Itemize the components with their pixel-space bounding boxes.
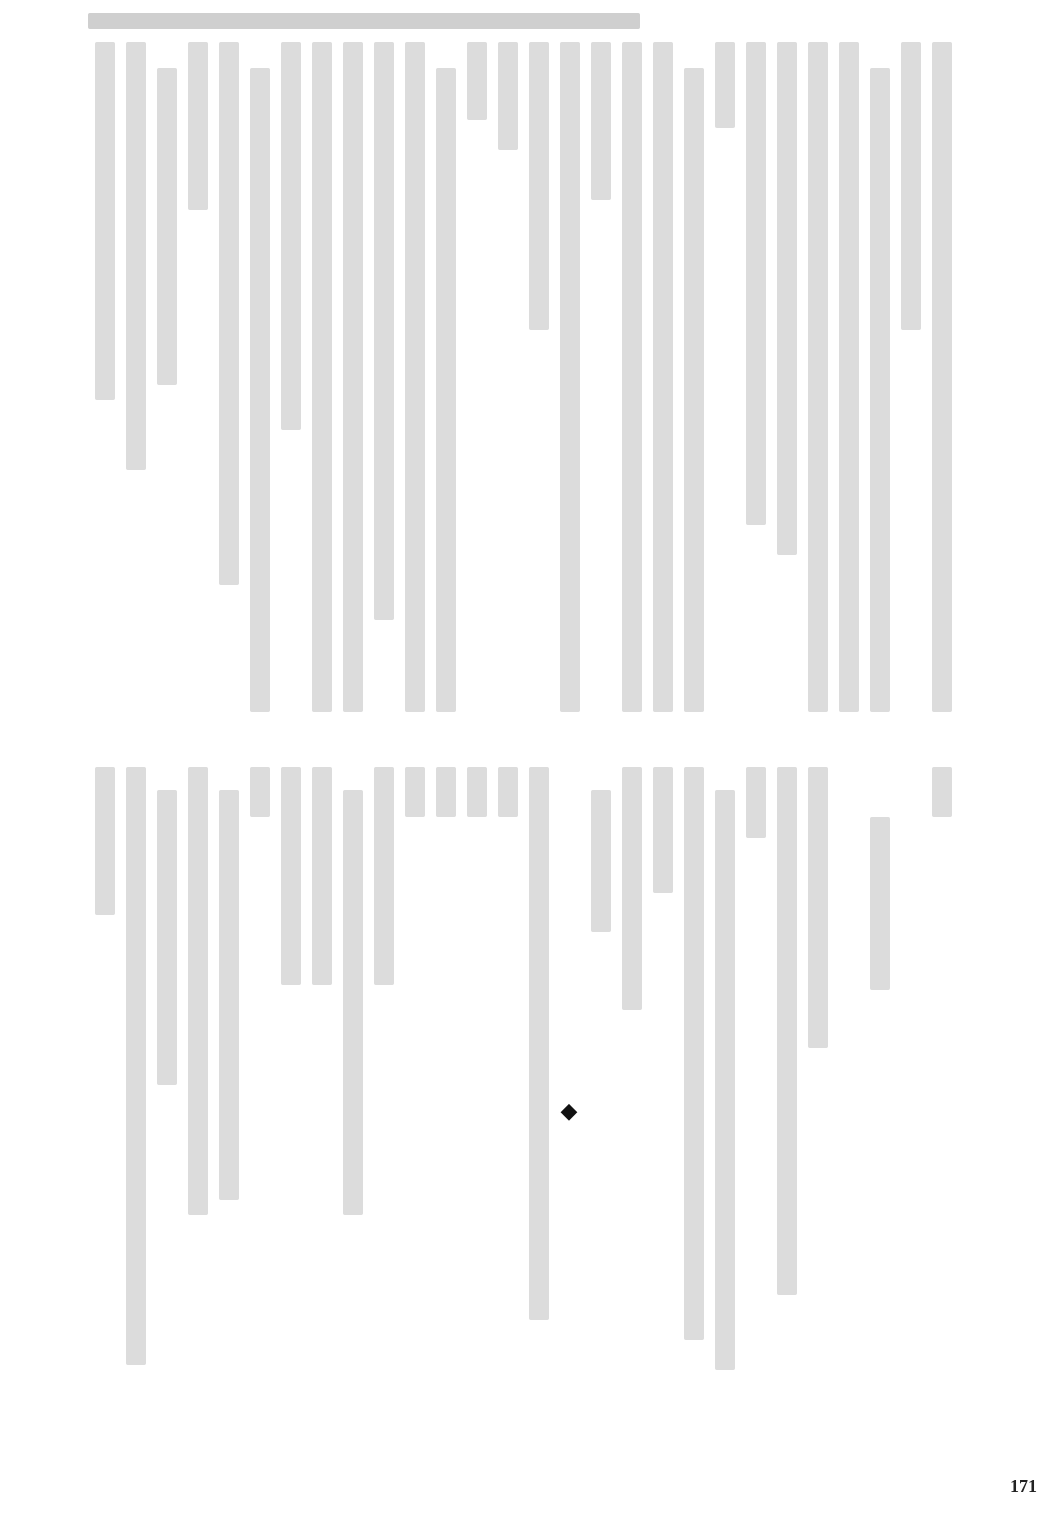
text-line — [746, 42, 766, 525]
text-line — [684, 767, 704, 1340]
text-line — [653, 767, 673, 893]
text-line — [343, 790, 363, 1215]
text-line — [436, 767, 456, 817]
text-line — [808, 42, 828, 712]
text-line — [901, 42, 921, 330]
text-line — [932, 767, 952, 817]
text-line — [870, 68, 890, 712]
text-line — [498, 767, 518, 817]
text-line — [529, 42, 549, 330]
text-line — [467, 42, 487, 120]
text-line — [250, 68, 270, 712]
text-line — [715, 790, 735, 1370]
text-line — [95, 767, 115, 915]
text-line — [808, 767, 828, 1048]
running-header — [88, 13, 640, 29]
text-line — [498, 42, 518, 150]
text-line — [777, 767, 797, 1295]
text-line — [188, 42, 208, 210]
text-line — [591, 42, 611, 200]
text-line — [250, 767, 270, 817]
text-line — [560, 42, 580, 712]
text-line — [715, 42, 735, 128]
text-line — [653, 42, 673, 712]
text-line — [405, 767, 425, 817]
text-line — [839, 42, 859, 712]
text-line — [157, 68, 177, 385]
text-line — [436, 68, 456, 712]
text-line — [95, 42, 115, 400]
text-line — [932, 42, 952, 712]
text-line — [529, 767, 549, 1320]
text-line — [188, 767, 208, 1215]
text-line — [281, 42, 301, 430]
text-line — [746, 767, 766, 838]
text-line — [684, 68, 704, 712]
text-line — [157, 790, 177, 1085]
text-line — [219, 42, 239, 585]
text-line — [281, 767, 301, 985]
text-line — [374, 767, 394, 985]
text-line — [622, 767, 642, 1010]
text-line — [777, 42, 797, 555]
text-line — [312, 42, 332, 712]
text-line — [219, 790, 239, 1200]
text-line — [467, 767, 487, 817]
text-line — [126, 42, 146, 470]
text-line — [374, 42, 394, 620]
text-line — [870, 817, 890, 990]
text-line — [312, 767, 332, 985]
text-line — [405, 42, 425, 712]
text-line — [126, 767, 146, 1365]
text-line — [343, 42, 363, 712]
page-number: 171 — [1010, 1476, 1037, 1497]
text-line — [591, 790, 611, 932]
text-line — [622, 42, 642, 712]
section-break-diamond-icon: ◆ — [558, 1100, 580, 1124]
